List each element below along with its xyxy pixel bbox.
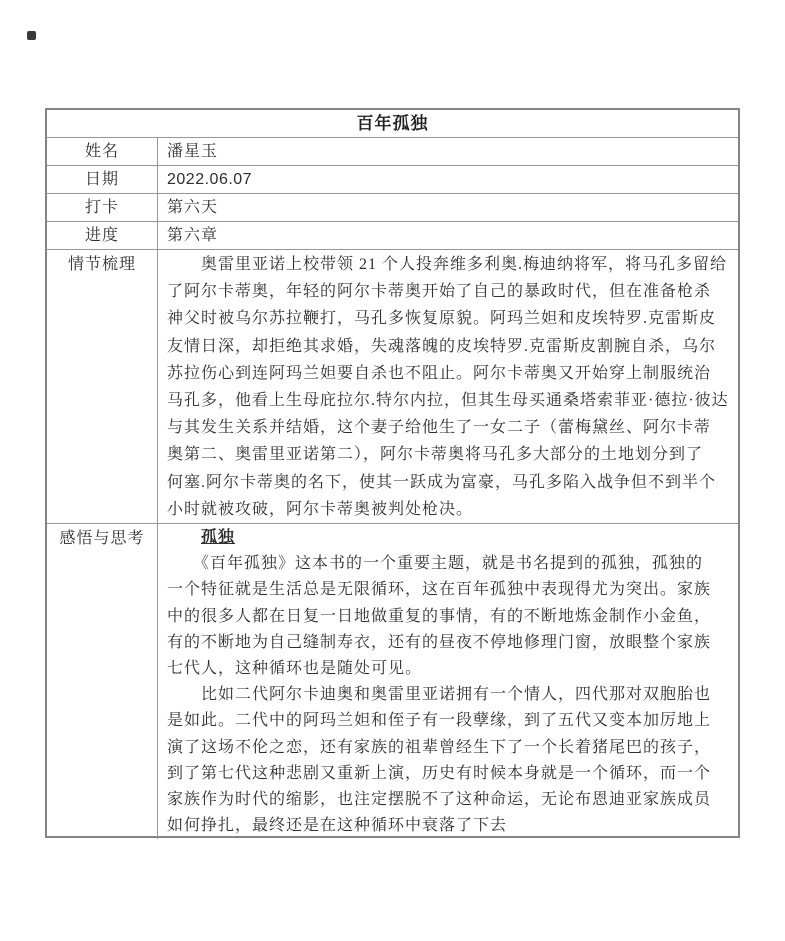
plot-section-label: 情节梳理 [47,250,158,523]
reflection-line: 比如二代阿尔卡迪奥和奥雷里亚诺拥有一个情人，四代那对双胞胎也 [167,682,732,708]
table-row-progress: 进度 第六章 [47,221,738,249]
table-row-checkin: 打卡 第六天 [47,193,738,221]
name-label: 姓名 [47,138,158,165]
reflection-line: 到了第七代这种悲剧又重新上演，历史有时候本身就是一个循环，而一个 [167,761,732,787]
reflection-text: 孤独 《百年孤独》这本书的一个重要主题，就是书名提到的孤独，孤独的 一个特征就是… [158,524,738,839]
plot-line: 与其发生关系并结婚，这个妻子给他生了一女二子（蕾梅黛丝、阿尔卡蒂 [167,414,732,441]
date-value: 2022.06.07 [158,166,738,193]
reflection-heading: 孤独 [167,525,732,551]
date-label: 日期 [47,166,158,193]
reflection-line: 家族作为时代的缩影，也注定摆脱不了这种命运，无论布恩迪亚家族成员 [167,787,732,813]
ink-dot-mark [27,31,36,40]
reflection-line: 如何挣扎，最终还是在这种循环中衰落了下去 [167,813,732,839]
reflection-line: 有的不断地为自己缝制寿衣，还有的昼夜不停地修理门窗，放眼整个家族 [167,630,732,656]
reflection-line: 中的很多人都在日复一日地做重复的事情，有的不断地炼金制作小金鱼， [167,604,732,630]
book-title: 百年孤独 [47,111,738,137]
reading-log-table: 百年孤独 姓名 潘星玉 日期 2022.06.07 打卡 第六天 进度 第六章 … [45,108,740,838]
progress-label: 进度 [47,222,158,249]
plot-line: 友情日深，却拒绝其求婚，失魂落魄的皮埃特罗.克雷斯皮割腕自杀，乌尔 [167,333,732,360]
table-row-name: 姓名 潘星玉 [47,137,738,165]
reflection-line: 《百年孤独》这本书的一个重要主题，就是书名提到的孤独，孤独的 [167,551,732,577]
plot-line: 何塞.阿尔卡蒂奥的名下，使其一跃成为富豪，马孔多陷入战争但不到半个 [167,469,732,496]
plot-line: 小时就被攻破，阿尔卡蒂奥被判处枪决。 [167,496,732,523]
checkin-label: 打卡 [47,194,158,221]
plot-line: 苏拉伤心到连阿玛兰妲要自杀也不阻止。阿尔卡蒂奥又开始穿上制服统治 [167,360,732,387]
plot-line: 奥第二、奥雷里亚诺第二），阿尔卡蒂奥将马孔多大部分的土地划分到了 [167,441,732,468]
name-value: 潘星玉 [158,138,738,165]
table-row-date: 日期 2022.06.07 [47,165,738,193]
plot-line: 马孔多，他看上生母庇拉尔.特尔内拉，但其生母买通桑塔索菲亚·德拉·彼达 [167,387,732,414]
plot-line: 奥雷里亚诺上校带领 21 个人投奔维多利奥.梅迪纳将军，将马孔多留给 [167,251,732,278]
reflection-line: 一个特征就是生活总是无限循环，这在百年孤独中表现得尤为突出。家族 [167,577,732,603]
reflection-line: 是如此。二代中的阿玛兰妲和侄子有一段孽缘，到了五代又变本加厉地上 [167,708,732,734]
progress-value: 第六章 [158,222,738,249]
plot-summary-text: 奥雷里亚诺上校带领 21 个人投奔维多利奥.梅迪纳将军，将马孔多留给 了阿尔卡蒂… [158,250,738,523]
reflection-line: 演了这场不伦之恋，还有家族的祖辈曾经生下了一个长着猪尾巴的孩子， [167,735,732,761]
title-row: 百年孤独 [47,110,738,137]
document-page: 百年孤独 姓名 潘星玉 日期 2022.06.07 打卡 第六天 进度 第六章 … [0,0,785,941]
table-row-reflection: 感悟与思考 孤独 《百年孤独》这本书的一个重要主题，就是书名提到的孤独，孤独的 … [47,523,738,839]
reflection-line: 七代人，这种循环也是随处可见。 [167,656,732,682]
table-row-plot-summary: 情节梳理 奥雷里亚诺上校带领 21 个人投奔维多利奥.梅迪纳将军，将马孔多留给 … [47,249,738,523]
checkin-value: 第六天 [158,194,738,221]
plot-line: 神父时被乌尔苏拉鞭打，马孔多恢复原貌。阿玛兰妲和皮埃特罗.克雷斯皮 [167,305,732,332]
reflection-section-label: 感悟与思考 [47,524,158,839]
plot-line: 了阿尔卡蒂奥，年轻的阿尔卡蒂奥开始了自己的暴政时代，但在准备枪杀 [167,278,732,305]
